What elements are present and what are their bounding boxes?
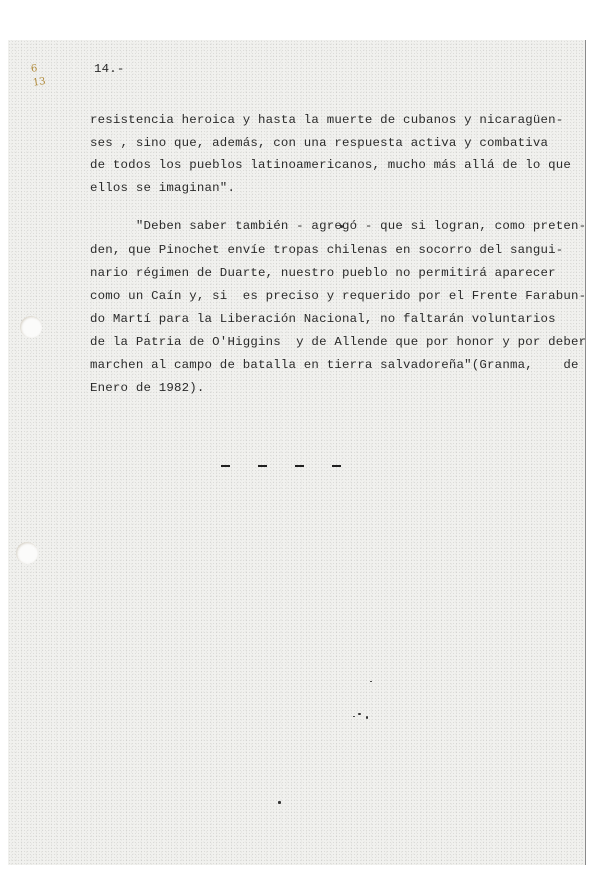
text-line: de la Patria de O'Higgins y de Allende q… bbox=[90, 335, 586, 349]
section-separator bbox=[221, 465, 341, 467]
text-line: nario régimen de Duarte, nuestro pueblo … bbox=[90, 266, 556, 280]
text-line: do Martí para la Liberación Nacional, no… bbox=[90, 312, 556, 326]
punch-hole bbox=[20, 316, 42, 338]
text-line: den, que Pinochet envíe tropas chilenas … bbox=[90, 243, 563, 257]
text-line: de todos los pueblos latinoamericanos, m… bbox=[90, 158, 571, 172]
text-line: resistencia heroica y hasta la muerte de… bbox=[90, 113, 563, 127]
text-line: Enero de 1982). bbox=[90, 381, 205, 395]
separator-dash bbox=[221, 465, 230, 467]
text-line: ellos se imaginan". bbox=[90, 181, 235, 195]
text-line: "Deben saber también - agregó - que si l… bbox=[90, 219, 586, 233]
page-number: 14.- bbox=[94, 62, 125, 76]
separator-dash bbox=[332, 465, 341, 467]
handwritten-margin-annotation: 6 13 bbox=[30, 61, 47, 90]
text-line: ses , sino que, además, con una respuest… bbox=[90, 136, 548, 150]
separator-dash bbox=[258, 465, 267, 467]
text-line: marchen al campo de batalla en tierra sa… bbox=[90, 358, 579, 372]
separator-dash bbox=[295, 465, 304, 467]
punch-hole bbox=[16, 542, 38, 564]
document-page: 6 13 14.- resistencia heroica y hasta la… bbox=[8, 40, 586, 865]
text-line: como un Caín y, si es preciso y requerid… bbox=[90, 289, 586, 303]
